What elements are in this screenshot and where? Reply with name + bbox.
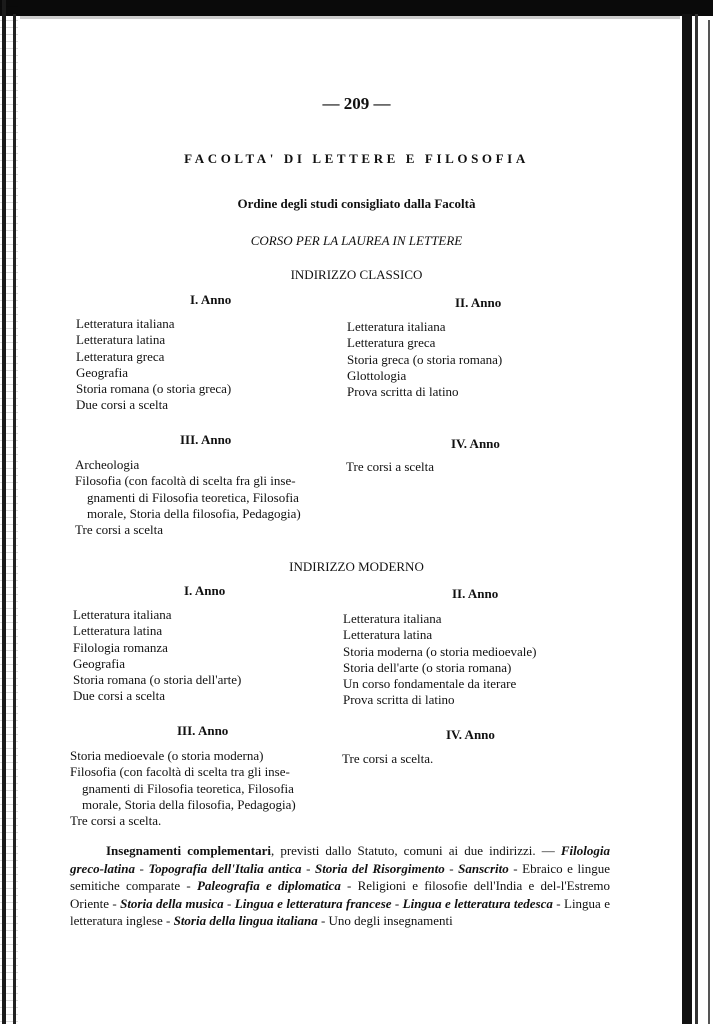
- subject-item: Storia moderna (o storia medioevale): [343, 644, 537, 660]
- subject-list: Letteratura italiana Letteratura latina …: [76, 316, 231, 414]
- subject-item: Storia medioevale (o storia moderna): [70, 748, 296, 764]
- subject-list: Letteratura italiana Letteratura latina …: [73, 607, 241, 705]
- course-title: CORSO PER LA LAUREA IN LETTERE: [0, 233, 713, 249]
- subject-item: Filosofia (con facoltà di scelta tra gli…: [70, 764, 296, 780]
- paragraph-lead-bold: Insegnamenti complementari: [106, 843, 271, 858]
- subject-item: Filosofia (con facoltà di scelta fra gli…: [75, 473, 301, 489]
- subject-item: Geografia: [73, 656, 241, 672]
- subject-item: Letteratura latina: [343, 627, 537, 643]
- course-name-italic: Storia della lingua italiana: [174, 913, 318, 928]
- subject-item: Un corso fondamentale da iterare: [343, 676, 537, 692]
- subject-item: Storia greca (o storia romana): [347, 352, 502, 368]
- subject-item: Letteratura italiana: [73, 607, 241, 623]
- subject-item: Tre corsi a scelta.: [342, 751, 433, 767]
- year-heading: I. Anno: [190, 292, 231, 308]
- subject-item: Storia romana (o storia greca): [76, 381, 231, 397]
- course-text: -: [135, 861, 148, 876]
- subject-list: Letteratura italiana Letteratura greca S…: [347, 319, 502, 400]
- subject-list: Archeologia Filosofia (con facoltà di sc…: [75, 457, 301, 538]
- subject-item: Archeologia: [75, 457, 301, 473]
- faculty-title: FACOLTA' DI LETTERE E FILOSOFIA: [0, 151, 713, 167]
- subject-item: gnamenti di Filosofia teoretica, Filosof…: [75, 490, 301, 506]
- year-heading: IV. Anno: [446, 727, 495, 743]
- subject-item: Storia romana (o storia dell'arte): [73, 672, 241, 688]
- subject-item: Letteratura greca: [76, 349, 231, 365]
- course-name-italic: Sanscrito: [458, 861, 509, 876]
- subject-item: Letteratura greca: [347, 335, 502, 351]
- subject-item: morale, Storia della filosofia, Pedagogi…: [70, 797, 296, 813]
- course-name-italic: Lingua e letteratura tedesca: [403, 896, 553, 911]
- scan-right-border: [708, 20, 710, 1024]
- subject-list: Tre corsi a scelta.: [342, 751, 433, 767]
- subject-item: Tre corsi a scelta.: [70, 813, 296, 829]
- year-heading: IV. Anno: [451, 436, 500, 452]
- subject-item: morale, Storia della filosofia, Pedagogi…: [75, 506, 301, 522]
- subject-item: Due corsi a scelta: [73, 688, 241, 704]
- scan-top-border: [0, 0, 713, 16]
- course-name-italic: Lingua e letteratura francese: [235, 896, 392, 911]
- subject-item: Geografia: [76, 365, 231, 381]
- subject-list: Tre corsi a scelta: [346, 459, 434, 475]
- course-text: - Uno degli insegnamenti: [318, 913, 453, 928]
- course-name-italic: Paleografia e diplomatica: [197, 878, 341, 893]
- subject-item: Storia dell'arte (o storia romana): [343, 660, 537, 676]
- subject-item: Tre corsi a scelta: [346, 459, 434, 475]
- subject-item: gnamenti di Filosofia teoretica, Filosof…: [70, 781, 296, 797]
- year-heading: II. Anno: [452, 586, 498, 602]
- course-text: -: [302, 861, 315, 876]
- year-heading: III. Anno: [177, 723, 228, 739]
- course-name-italic: Storia del Risorgimento: [315, 861, 445, 876]
- subject-item: Tre corsi a scelta: [75, 522, 301, 538]
- document-subtitle: Ordine degli studi consigliato dalla Fac…: [0, 196, 713, 212]
- subject-item: Letteratura italiana: [76, 316, 231, 332]
- subject-item: Due corsi a scelta: [76, 397, 231, 413]
- subject-item: Filologia romanza: [73, 640, 241, 656]
- scan-top-shadow: [20, 16, 680, 19]
- course-name-italic: Storia della musica: [120, 896, 224, 911]
- complementary-courses-paragraph: Insegnamenti complementari, previsti dal…: [70, 842, 610, 930]
- subject-item: Glottologia: [347, 368, 502, 384]
- course-text: -: [445, 861, 458, 876]
- subject-item: Prova scritta di latino: [343, 692, 537, 708]
- section-title-classico: INDIRIZZO CLASSICO: [0, 267, 713, 283]
- year-heading: II. Anno: [455, 295, 501, 311]
- subject-list: Letteratura italiana Letteratura latina …: [343, 611, 537, 709]
- paragraph-lead-text: , previsti dallo Statuto, comuni ai due …: [271, 843, 555, 858]
- subject-item: Letteratura latina: [73, 623, 241, 639]
- page-number: — 209 —: [0, 94, 713, 114]
- section-title-moderno: INDIRIZZO MODERNO: [0, 559, 713, 575]
- subject-item: Prova scritta di latino: [347, 384, 502, 400]
- course-name-italic: Topografia dell'Italia antica: [148, 861, 301, 876]
- subject-item: Letteratura italiana: [343, 611, 537, 627]
- subject-item: Letteratura italiana: [347, 319, 502, 335]
- year-heading: III. Anno: [180, 432, 231, 448]
- subject-list: Storia medioevale (o storia moderna) Fil…: [70, 748, 296, 829]
- year-heading: I. Anno: [184, 583, 225, 599]
- course-text: -: [224, 896, 235, 911]
- course-text: -: [392, 896, 403, 911]
- subject-item: Letteratura latina: [76, 332, 231, 348]
